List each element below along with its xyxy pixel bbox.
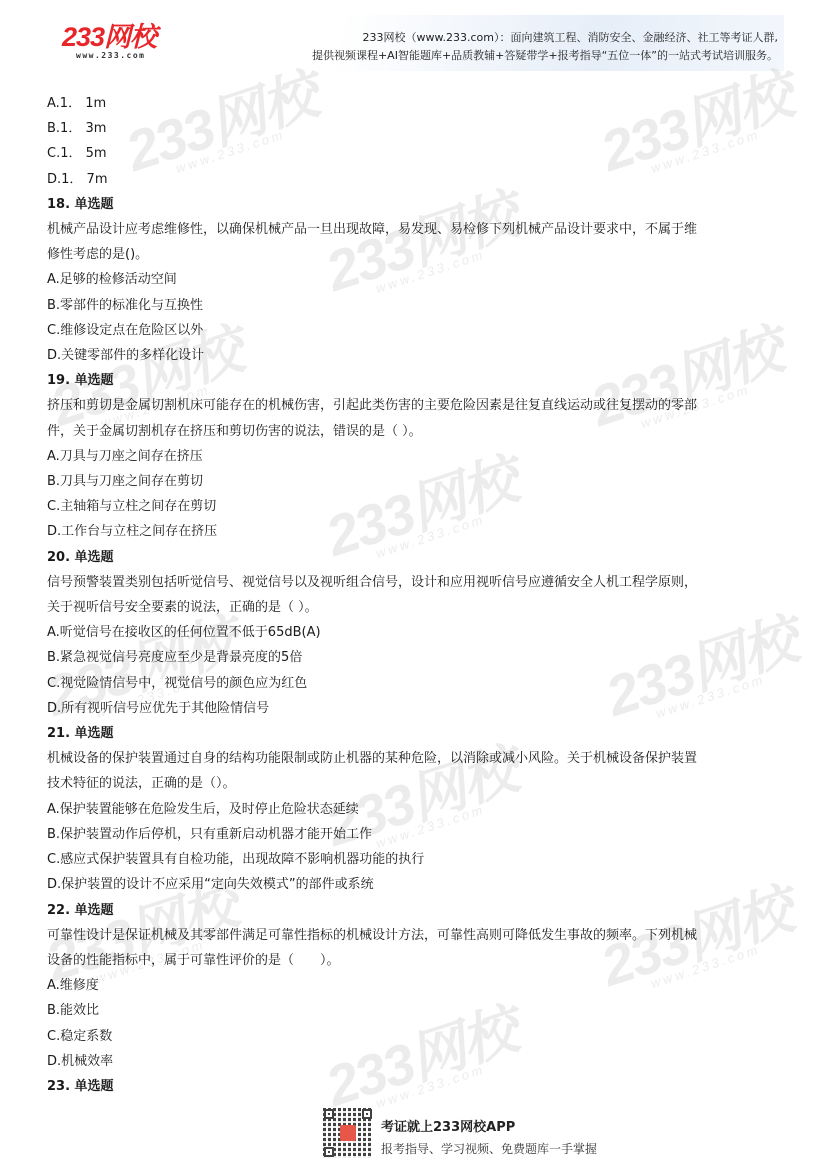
question-19: 19. 单选题 挤压和剪切是金属切割机床可能存在的机械伤害，引起此类伤害的主要危…: [47, 368, 787, 544]
option-a: A.听觉信号在接收区的任何位置不低于65dB(A): [47, 620, 787, 645]
question-18: 18. 单选题 机械产品设计应考虑维修性，以确保机械产品一旦出现故障，易发现、易…: [47, 192, 787, 368]
question-stem-line: 挤压和剪切是金属切割机床可能存在的机械伤害，引起此类伤害的主要危险因素是往复直线…: [47, 393, 787, 418]
option-d: D.工作台与立柱之间存在挤压: [47, 519, 787, 544]
option-b: B.紧急视觉信号亮度应至少是背景亮度的5倍: [47, 645, 787, 670]
logo-url-text: www.233.com: [76, 51, 156, 61]
question-stem-line: 信号预警装置类别包括听觉信号、视觉信号以及视听组合信号，设计和应用视听信号应遵循…: [47, 570, 787, 595]
header-tagline-line2: 提供视频课程+AI智能题库+品质教辅+答疑带学+报考指导“五位一体”的一站式考试…: [312, 47, 778, 65]
header-tagline: 233网校（www.233.com）：面向建筑工程、消防安全、金融经济、社工等考…: [312, 29, 778, 65]
question-stem-line: 修性考虑的是()。: [47, 242, 787, 267]
logo-main-text: 233网校: [62, 23, 156, 51]
header-tagline-line1: 233网校（www.233.com）：面向建筑工程、消防安全、金融经济、社工等考…: [312, 29, 778, 47]
option-a: A.保护装置能够在危险发生后，及时停止危险状态延续: [47, 797, 787, 822]
option-c: C.感应式保护装置具有自检功能，出现故障不影响机器功能的执行: [47, 847, 787, 872]
option-d: D.关键零部件的多样化设计: [47, 343, 787, 368]
question-20: 20. 单选题 信号预警装置类别包括听觉信号、视觉信号以及视听组合信号，设计和应…: [47, 545, 787, 721]
question-header: 23. 单选题: [47, 1074, 787, 1099]
app-logo-icon: [340, 1125, 356, 1141]
page-footer: 考证就上233网校APP 报考指导、学习视频、免费题库一手掌握: [323, 1108, 643, 1164]
option-c: C.稳定系数: [47, 1024, 787, 1049]
option-b: B.1． 3m: [47, 116, 787, 141]
option-d: D.1． 7m: [47, 167, 787, 192]
question-23: 23. 单选题: [47, 1074, 787, 1099]
footer-title: 考证就上233网校APP: [381, 1116, 515, 1135]
question-stem-line: 技术特征的说法，正确的是（）。: [47, 771, 787, 796]
option-c: C.视觉险情信号中，视觉信号的颜色应为红色: [47, 671, 787, 696]
question-22: 22. 单选题 可靠性设计是保证机械及其零部件满足可靠性指标的机械设计方法，可靠…: [47, 898, 787, 1074]
option-d: D.所有视听信号应优先于其他险情信号: [47, 696, 787, 721]
question-stem-line: 设备的性能指标中，属于可靠性评价的是（ ）。: [47, 948, 787, 973]
question-stem-line: 可靠性设计是保证机械及其零部件满足可靠性指标的机械设计方法，可靠性高则可降低发生…: [47, 923, 787, 948]
option-a: A.足够的检修活动空间: [47, 267, 787, 292]
previous-question-options: A.1． 1m B.1． 3m C.1． 5m D.1． 7m: [47, 91, 787, 192]
option-d: D.保护装置的设计不应采用“定向失效模式”的部件或系统: [47, 872, 787, 897]
page-header: 233网校 www.233.com 233网校（www.233.com）：面向建…: [40, 15, 784, 71]
question-header: 21. 单选题: [47, 721, 787, 746]
question-header: 22. 单选题: [47, 898, 787, 923]
option-b: B.能效比: [47, 998, 787, 1023]
logo: 233网校 www.233.com: [62, 23, 156, 61]
question-header: 19. 单选题: [47, 368, 787, 393]
question-stem-line: 机械产品设计应考虑维修性，以确保机械产品一旦出现故障，易发现、易检修下列机械产品…: [47, 217, 787, 242]
option-b: B.保护装置动作后停机，只有重新启动机器才能开始工作: [47, 822, 787, 847]
question-header: 20. 单选题: [47, 545, 787, 570]
footer-subtitle: 报考指导、学习视频、免费题库一手掌握: [381, 1140, 597, 1157]
option-b: B.刀具与刀座之间存在剪切: [47, 469, 787, 494]
option-c: C.1． 5m: [47, 141, 787, 166]
qr-code-icon[interactable]: [323, 1108, 373, 1158]
question-header: 18. 单选题: [47, 192, 787, 217]
option-b: B.零部件的标准化与互换性: [47, 293, 787, 318]
option-c: C.维修设定点在危险区以外: [47, 318, 787, 343]
question-stem-line: 关于视听信号安全要素的说法，正确的是（ ）。: [47, 595, 787, 620]
option-c: C.主轴箱与立柱之间存在剪切: [47, 494, 787, 519]
option-a: A.刀具与刀座之间存在挤压: [47, 444, 787, 469]
option-a: A.1． 1m: [47, 91, 787, 116]
document-content: A.1． 1m B.1． 3m C.1． 5m D.1． 7m 18. 单选题 …: [47, 91, 787, 1099]
question-stem-line: 件，关于金属切割机存在挤压和剪切伤害的说法，错误的是（ ）。: [47, 419, 787, 444]
option-a: A.维修度: [47, 973, 787, 998]
question-21: 21. 单选题 机械设备的保护装置通过自身的结构功能限制或防止机器的某种危险，以…: [47, 721, 787, 897]
question-stem-line: 机械设备的保护装置通过自身的结构功能限制或防止机器的某种危险，以消除或减小风险。…: [47, 746, 787, 771]
option-d: D.机械效率: [47, 1049, 787, 1074]
